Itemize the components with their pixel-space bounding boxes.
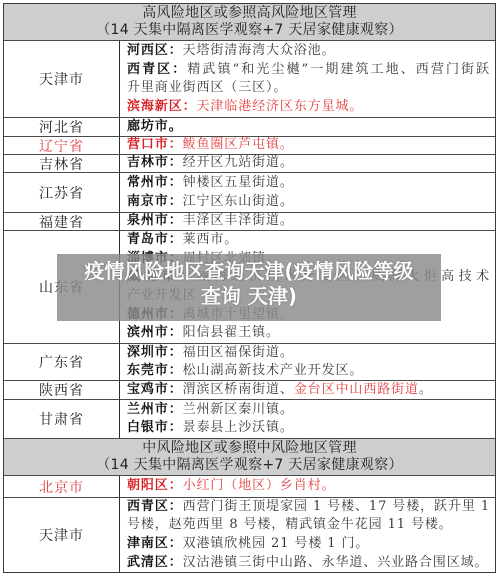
area-entry: 西青区：西营门街王顶堤家园 1 号楼、17 号楼，跃升里 1 — [127, 498, 490, 517]
area-list: 朝阳区：小红门（地区）乡肖村。 — [120, 476, 495, 497]
area-entry-highlighted: 营口市：鲅鱼圈区芦屯镇。 — [127, 136, 490, 155]
area-entry: 东莞市：松山湖高新技术产业开发区。 — [127, 362, 490, 381]
area-entry: 西青区：精武镇“和光尘樾”一期建筑工地、西营门街跃 — [127, 61, 490, 80]
overlay-title-line2: 查询 天津) — [57, 284, 441, 309]
province-row-hebei: 河北省 廊坊市。 — [4, 118, 495, 137]
area-entry: 泉州市：丰泽区丰泽街道。 — [127, 212, 490, 231]
area-text: 松山湖高新技术产业开发区。 — [183, 363, 364, 378]
high-risk-title: 高风险地区或参照高风险地区管理 — [142, 5, 357, 22]
area-list: 泉州市：丰泽区丰泽街道。 — [120, 213, 495, 230]
province-name: 福建省 — [4, 213, 120, 230]
area-list: 深圳市：福田区福保街道。 东莞市：松山湖高新技术产业开发区。 — [120, 344, 495, 380]
area-entry: 吉林市：经开区九站街道。 — [127, 154, 490, 173]
province-name: 天津市 — [4, 498, 120, 572]
high-risk-subtitle: （14 天集中隔离医学观察+7 天居家健康观察） — [96, 22, 403, 39]
province-row-shaanxi: 陕西省 宝鸡市：渭滨区桥南街道、金台区中山西路街道。 — [4, 381, 495, 400]
overlay-title-line1: 疫情风险地区查询天津(疫情风险等级 — [57, 259, 441, 284]
province-row-guangdong: 广东省 深圳市：福田区福保街道。 东莞市：松山湖高新技术产业开发区。 — [4, 344, 495, 381]
area-list: 廊坊市。 — [120, 118, 495, 136]
district-label: 西青区： — [127, 499, 183, 514]
province-row-liaoning: 辽宁省 营口市：鲅鱼圈区芦屯镇。 — [4, 137, 495, 155]
city-label: 泉州市： — [127, 213, 183, 228]
area-list: 兰州市：兰州新区秦川镇。 白银市：景泰县上沙沃镇。 — [120, 400, 495, 438]
area-text: 号楼，赵苑西里 8 号楼，精武镇金牛花园 11 号楼。 — [127, 517, 453, 532]
province-row-tianjin: 天津市 河西区：天塔街清海湾大众浴池。 西青区：精武镇“和光尘樾”一期建筑工地、… — [4, 41, 495, 118]
area-text: 精武镇“和光尘樾”一期建筑工地、西营门街跃 — [187, 62, 490, 77]
province-name: 甘肃省 — [4, 400, 120, 438]
area-entry: 常州市：钟楼区五星街道。 — [127, 174, 490, 193]
district-label: 朝阳区： — [127, 478, 183, 493]
city-label: 常州市： — [127, 175, 183, 190]
area-list: 吉林市：经开区九站街道。 — [120, 155, 495, 172]
area-entry: 深圳市：福田区福保街道。 — [127, 344, 490, 363]
area-text: 福田区福保街道。 — [183, 345, 294, 360]
area-entry: 宝鸡市：渭滨区桥南街道、金台区中山西路街道。 — [127, 381, 490, 400]
area-text: 鲅鱼圈区芦屯镇。 — [183, 137, 294, 152]
area-entry-continued: 升里商业街西区（三区）。 — [127, 79, 490, 98]
city-label: 南京市： — [127, 194, 183, 209]
area-list: 常州市：钟楼区五星街道。 南京市：江宁区东山街道。 — [120, 173, 495, 212]
area-text: 钟楼区五星街道。 — [183, 175, 294, 190]
title-overlay-banner: 疫情风险地区查询天津(疫情风险等级 查询 天津) — [57, 254, 441, 321]
area-entry: 白银市：景泰县上沙沃镇。 — [127, 419, 490, 438]
province-name: 江苏省 — [4, 173, 120, 212]
province-name: 陕西省 — [4, 381, 120, 399]
province-name: 北京市 — [4, 476, 120, 497]
area-entry-highlighted: 滨海新区：天津临港经济区东方星城。 — [127, 98, 490, 117]
medium-risk-title: 中风险地区或参照中风险地区管理 — [142, 440, 357, 457]
province-name: 广东省 — [4, 344, 120, 380]
area-entry: 青岛市：莱西市。 — [127, 231, 490, 250]
district-label: 武清区： — [127, 555, 183, 570]
city-label: 营口市： — [127, 137, 183, 152]
province-name: 辽宁省 — [4, 137, 120, 154]
area-text-highlighted: 金台区中山西路街道 — [294, 382, 419, 397]
area-text: 双港镇欣桃园 21 号楼 1 门。 — [183, 536, 370, 551]
area-entry-highlighted: 朝阳区：小红门（地区）乡肖村。 — [127, 477, 490, 496]
area-entry: 河西区：天塔街清海湾大众浴池。 — [127, 42, 490, 61]
area-text: 小红门（地区）乡肖村。 — [183, 478, 336, 493]
city-label: 滨州市： — [127, 325, 183, 340]
area-text: 江宁区东山街道。 — [183, 194, 294, 209]
area-entry: 廊坊市。 — [127, 118, 490, 137]
area-list: 宝鸡市：渭滨区桥南街道、金台区中山西路街道。 — [120, 381, 495, 399]
city-label: 吉林市： — [127, 155, 183, 170]
city-label: 白银市： — [127, 420, 183, 435]
province-name: 河北省 — [4, 118, 120, 136]
area-entry: 兰州市：兰州新区秦川镇。 — [127, 401, 490, 420]
area-list: 西青区：西营门街王顶堤家园 1 号楼、17 号楼，跃升里 1 号楼，赵苑西里 8… — [120, 498, 495, 572]
area-text: 升里商业街西区（三区）。 — [127, 80, 287, 95]
province-row-beijing: 北京市 朝阳区：小红门（地区）乡肖村。 — [4, 476, 495, 498]
area-entry: 津南区：双港镇欣桃园 21 号楼 1 门。 — [127, 535, 490, 554]
medium-risk-header: 中风险地区或参照中风险地区管理 （14 天集中隔离医学观察+7 天居家健康观察） — [4, 439, 495, 476]
area-text: 阳信县翟王镇。 — [183, 325, 280, 340]
area-text: 天塔街清海湾大众浴池。 — [183, 43, 336, 58]
area-entry: 武清区：汉沽港镇三街中山路、永华道、兴业路合围区域。 — [127, 554, 490, 573]
area-text: 汉沽港镇三街中山路、永华道、兴业路合围区域。 — [183, 555, 489, 570]
area-text: 莱西市。 — [183, 232, 239, 247]
district-label: 津南区： — [127, 536, 183, 551]
area-list: 河西区：天塔街清海湾大众浴池。 西青区：精武镇“和光尘樾”一期建筑工地、西营门街… — [120, 41, 495, 117]
area-text: 兰州新区秦川镇。 — [183, 402, 294, 417]
area-entry: 南京市：江宁区东山街道。 — [127, 193, 490, 212]
high-risk-header: 高风险地区或参照高风险地区管理 （14 天集中隔离医学观察+7 天居家健康观察） — [4, 4, 495, 41]
area-entry: 滨州市：阳信县翟王镇。 — [127, 324, 490, 343]
district-label: 西青区： — [127, 62, 187, 77]
area-list: 营口市：鲅鱼圈区芦屯镇。 — [120, 137, 495, 154]
district-label: 滨海新区： — [127, 99, 197, 114]
province-name: 吉林省 — [4, 155, 120, 172]
city-label: 宝鸡市： — [127, 382, 183, 397]
area-text: 景泰县上沙沃镇。 — [183, 420, 294, 435]
province-row-tianjin-medium: 天津市 西青区：西营门街王顶堤家园 1 号楼、17 号楼，跃升里 1 号楼，赵苑… — [4, 498, 495, 572]
city-label: 东莞市： — [127, 363, 183, 378]
city-label: 廊坊市。 — [127, 119, 183, 134]
area-text: 渭滨区桥南街道、 — [183, 382, 294, 397]
city-label: 兰州市： — [127, 402, 183, 417]
province-row-gansu: 甘肃省 兰州市：兰州新区秦川镇。 白银市：景泰县上沙沃镇。 — [4, 400, 495, 439]
area-entry-continued: 号楼，赵苑西里 8 号楼，精武镇金牛花园 11 号楼。 — [127, 516, 490, 535]
province-row-fujian: 福建省 泉州市：丰泽区丰泽街道。 — [4, 213, 495, 231]
area-text: 西营门街王顶堤家园 1 号楼、17 号楼，跃升里 1 — [183, 499, 490, 514]
area-text: 丰泽区丰泽街道。 — [183, 213, 294, 228]
city-label: 深圳市： — [127, 345, 183, 360]
province-row-jiangsu: 江苏省 常州市：钟楼区五星街道。 南京市：江宁区东山街道。 — [4, 173, 495, 213]
area-text-end: 。 — [419, 382, 433, 397]
district-label: 河西区： — [127, 43, 183, 58]
area-text: 天津临港经济区东方星城。 — [197, 99, 364, 114]
province-name: 天津市 — [4, 41, 120, 117]
province-row-jilin: 吉林省 吉林市：经开区九站街道。 — [4, 155, 495, 173]
city-label: 青岛市： — [127, 232, 183, 247]
area-text: 经开区九站街道。 — [183, 155, 294, 170]
medium-risk-subtitle: （14 天集中隔离医学观察+7 天居家健康观察） — [96, 457, 403, 474]
